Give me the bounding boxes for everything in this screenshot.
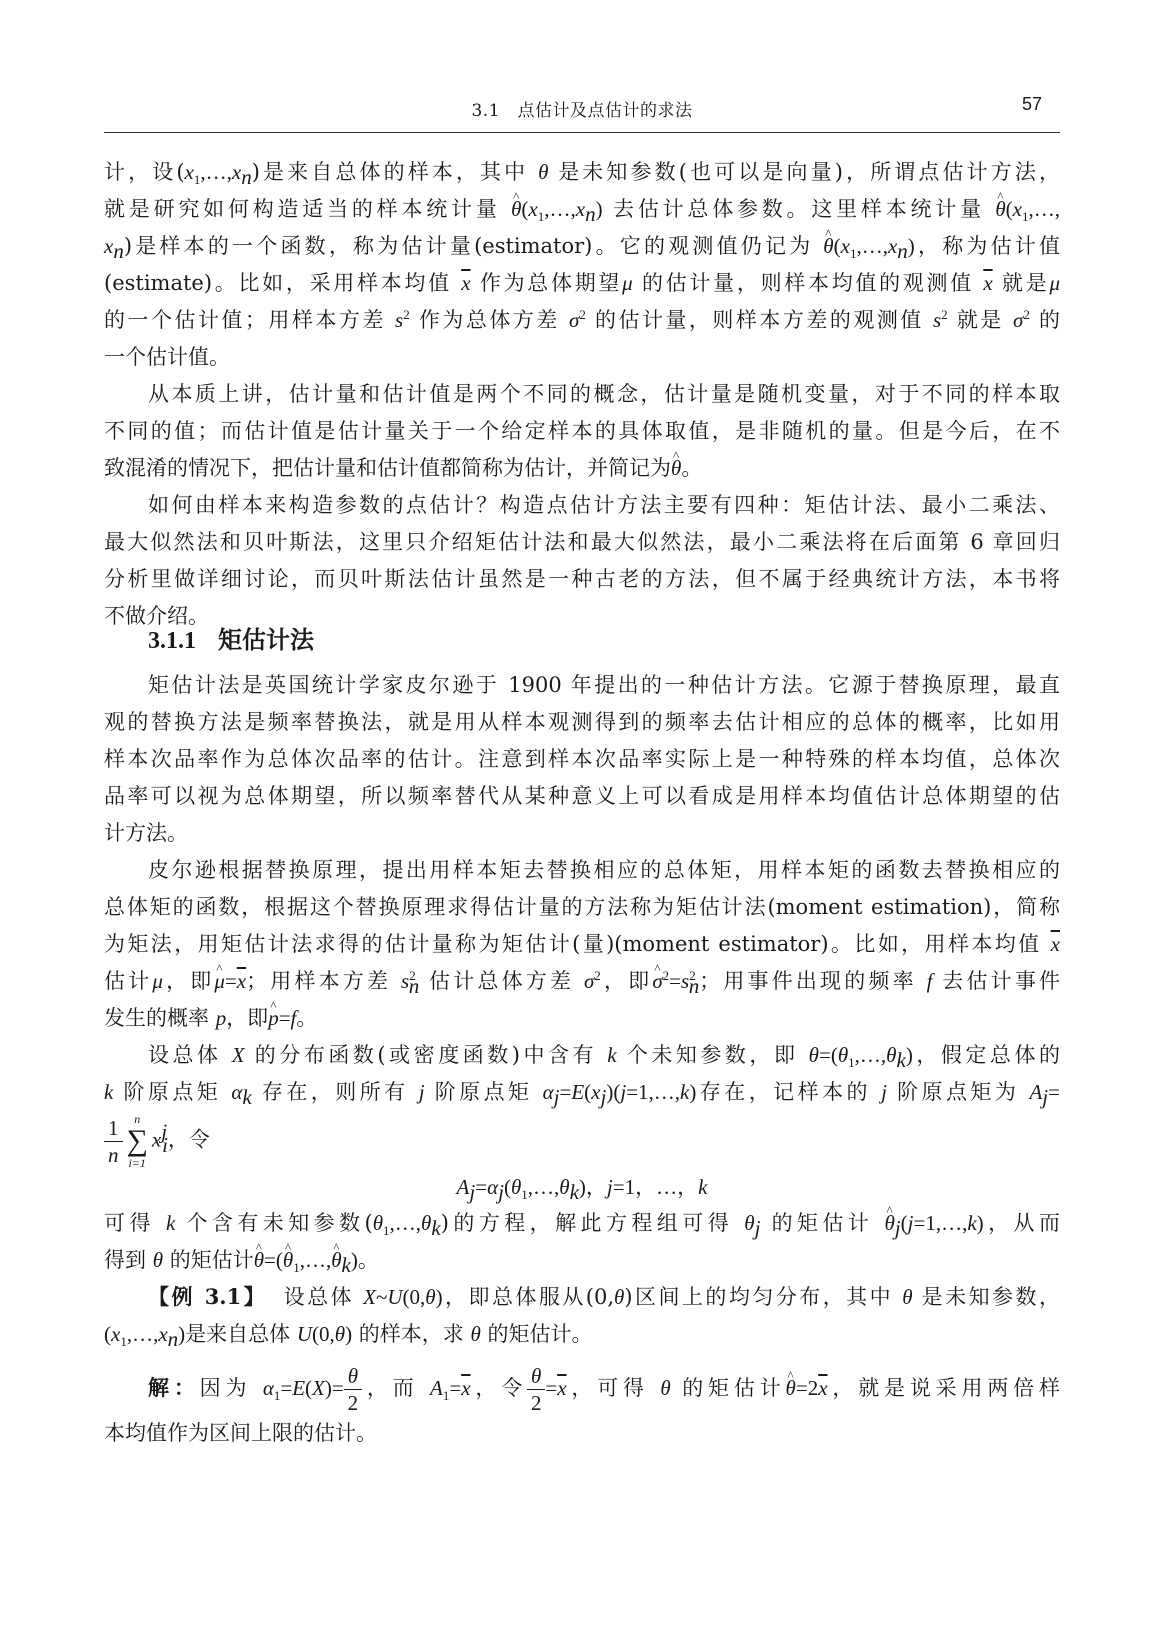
text: )区间上的均匀分布，其中 bbox=[624, 1285, 902, 1309]
text: 是来自总体 bbox=[185, 1322, 297, 1346]
text: 阶原点矩为 bbox=[887, 1080, 1030, 1104]
paragraph-line: 发生的概率 p，即p=f。 bbox=[104, 1003, 1060, 1033]
paragraph-line: xn)是样本的一个函数，称为估计量(estimator)。它的观测值仍记为 θ(… bbox=[104, 231, 1060, 261]
text: 设总体 bbox=[281, 1285, 363, 1309]
paragraph-line: 估计μ，即μ=x；用样本方差 s2n 估计总体方差 σ2，即σ2=s2n；用事件… bbox=[104, 966, 1060, 996]
section-heading: 3.1.1矩估计法 bbox=[148, 620, 314, 655]
text: ，令 bbox=[471, 1376, 528, 1400]
paragraph-line: 从本质上讲，估计量和估计值是两个不同的概念，估计量是随机变量，对于不同的样本取 bbox=[148, 379, 1060, 409]
text: 计，设( bbox=[104, 160, 185, 184]
paragraph-line: 总体矩的函数，根据这个替换原理求得估计量的方法称为矩估计法(moment est… bbox=[104, 892, 1060, 922]
page-number: 57 bbox=[1022, 94, 1042, 115]
text: ，假定总体的 bbox=[913, 1043, 1060, 1067]
text: ，称为估计值 bbox=[915, 234, 1060, 258]
section-number: 3.1.1 bbox=[148, 628, 196, 654]
text: 。 bbox=[681, 456, 702, 480]
text: ，即 bbox=[601, 969, 653, 993]
paragraph-line: 得到 θ 的矩估计θ=(θ1,…,θk)。 bbox=[104, 1245, 1060, 1275]
text: )是样本的一个函数，称为估计量(estimator)。它的观测值仍记为 bbox=[124, 234, 823, 258]
paragraph-line: 就是研究如何构造适当的样本统计量 θ(x1,…,xn) 去估计总体参数。这里样本… bbox=[104, 194, 1060, 224]
text: 的估计量，则样本均值的观测值 bbox=[633, 271, 984, 295]
example-line: 【例 3.1】设总体 X~U(0,θ)，即总体服从(0,θ)区间上的均匀分布，其… bbox=[148, 1282, 1060, 1312]
text: 就是研究如何构造适当的样本统计量 bbox=[104, 197, 511, 221]
text: 的矩估计 bbox=[760, 1211, 884, 1235]
text: 因为 bbox=[200, 1376, 263, 1400]
text: 就是 bbox=[993, 271, 1050, 295]
equation: Aj=αj(θ1,…,θk)，j=1，…，k bbox=[104, 1172, 1060, 1202]
text: (estimate)。比如，采用样本均值 bbox=[104, 271, 461, 295]
text: )是来自总体的样本，其中 bbox=[252, 160, 538, 184]
text: 就是 bbox=[948, 308, 1013, 332]
text: ，令 bbox=[168, 1128, 210, 1152]
text: 为矩法，用矩估计法求得的估计量称为矩估计(量)(moment estimator… bbox=[104, 932, 1051, 956]
text: 去估计总体参数。这里样本统计量 bbox=[603, 197, 996, 221]
text: 是未知参数， bbox=[913, 1285, 1060, 1309]
text: 的矩估计。 bbox=[481, 1322, 593, 1346]
text: 个含有未知参数( bbox=[175, 1211, 372, 1235]
text: ，而 bbox=[362, 1376, 430, 1400]
text: 。 bbox=[296, 1006, 317, 1030]
paragraph-line: 样本次品率作为总体次品率的估计。注意到样本次品率实际上是一种特殊的样本均值，总体… bbox=[104, 744, 1060, 774]
text: 得到 bbox=[104, 1248, 153, 1272]
text: ，可得 bbox=[567, 1376, 661, 1400]
paragraph-line: 计，设(x1,…,xn)是来自总体的样本，其中 θ 是未知参数(也可以是向量)，… bbox=[104, 157, 1060, 187]
text: ，即总体服从(0, bbox=[443, 1285, 614, 1309]
text: 是未知参数(也可以是向量)，所谓点估计方法， bbox=[548, 160, 1060, 184]
text: 的矩估计 bbox=[671, 1376, 786, 1400]
text: ，即 bbox=[226, 1006, 268, 1030]
text: 一个估计值。 bbox=[104, 345, 230, 369]
paragraph-line: 矩估计法是英国统计学家皮尔逊于 1900 年提出的一种估计方法。它源于替换原理，… bbox=[148, 670, 1060, 700]
section-title: 矩估计法 bbox=[218, 625, 314, 654]
text: 的估计量，则样本方差的观测值 bbox=[586, 308, 933, 332]
text: ；用样本方差 bbox=[246, 969, 401, 993]
text: 的样本，求 bbox=[352, 1322, 470, 1346]
text: 致混淆的情况下，把估计量和估计值都简称为估计，并简记为 bbox=[104, 456, 671, 480]
solution-label: 解： bbox=[148, 1375, 200, 1400]
text: 发生的概率 bbox=[104, 1006, 216, 1030]
paragraph-line: k 阶原点矩 αk 存在，则所有 j 阶原点矩 αj=E(xj)(j=1,…,k… bbox=[104, 1077, 1060, 1107]
text: 作为总体期望 bbox=[471, 271, 623, 295]
text: 阶原点矩 bbox=[425, 1080, 543, 1104]
summation: n∑i=1 bbox=[127, 1112, 148, 1170]
paragraph-line: 皮尔逊根据替换原理，提出用样本矩去替换相应的总体矩，用样本矩的函数去替换相应的 bbox=[148, 855, 1060, 885]
paragraph-line: (estimate)。比如，采用样本均值 x 作为总体期望μ 的估计量，则样本均… bbox=[104, 268, 1060, 298]
paragraph-line: 可得 k 个含有未知参数(θ1,…,θk)的方程，解此方程组可得 θj 的矩估计… bbox=[104, 1208, 1060, 1238]
text: 阶原点矩 bbox=[113, 1080, 231, 1104]
text: ，就是说采用两倍样 bbox=[828, 1376, 1060, 1400]
text: 的 bbox=[1030, 308, 1060, 332]
text: 的矩估计 bbox=[163, 1248, 254, 1272]
solution-line: 解：因为 α1=E(X)=θ2，而 A1=x，令θ2=x，可得 θ 的矩估计θ=… bbox=[148, 1362, 1060, 1416]
paragraph-line: 一个估计值。 bbox=[104, 342, 1060, 372]
example-line: (x1,…,xn)是来自总体 U(0,θ) 的样本，求 θ 的矩估计。 bbox=[104, 1319, 1060, 1349]
paragraph-line: 1nn∑i=1xji，令 bbox=[104, 1112, 1060, 1170]
text: ，即 bbox=[163, 969, 215, 993]
text: 估计总体方差 bbox=[419, 969, 584, 993]
paragraph-line: 计方法。 bbox=[104, 818, 1060, 848]
running-head-title: 3.1 点估计及点估计的求法 bbox=[104, 96, 1060, 121]
example-label: 【例 3.1】 bbox=[148, 1284, 267, 1309]
solution-line: 本均值作为区间上限的估计。 bbox=[104, 1418, 1060, 1448]
paragraph-line: 不同的值；而估计值是估计量关于一个给定样本的具体取值，是非随机的量。但是今后，在… bbox=[104, 416, 1060, 446]
paragraph-line: 为矩法，用矩估计法求得的估计量称为矩估计(量)(moment estimator… bbox=[104, 929, 1060, 959]
text: 估计 bbox=[104, 969, 152, 993]
text: 作为总体方差 bbox=[410, 308, 569, 332]
paragraph-line: 如何由样本来构造参数的点估计？构造点估计方法主要有四种：矩估计法、最小二乘法、 bbox=[148, 490, 1060, 520]
text: 。 bbox=[358, 1248, 379, 1272]
fraction-theta-over-2: θ2 bbox=[344, 1363, 362, 1416]
paragraph-line: 品率可以视为总体期望，所以频率替代从某种意义上可以看成是用样本均值估计总体期望的… bbox=[104, 781, 1060, 811]
text: ；用事件出现的频率 bbox=[699, 969, 926, 993]
text: 存在，记样本的 bbox=[696, 1080, 881, 1104]
text: ，从而 bbox=[984, 1211, 1060, 1235]
paragraph-line: 设总体 X 的分布函数(或密度函数)中含有 k 个未知参数，即 θ=(θ1,…,… bbox=[148, 1040, 1060, 1070]
text: 设总体 bbox=[148, 1043, 232, 1067]
paragraph-line: 最大似然法和贝叶斯法，这里只介绍矩估计法和最大似然法，最小二乘法将在后面第 6 … bbox=[104, 527, 1060, 557]
text: )的方程，解此方程组可得 bbox=[441, 1211, 745, 1235]
book-page: 3.1 点估计及点估计的求法 57 计，设(x1,…,xn)是来自总体的样本，其… bbox=[0, 0, 1165, 1638]
text: 个未知参数，即 bbox=[617, 1043, 809, 1067]
paragraph-line: 观的替换方法是频率替换法，就是用从样本观测得到的频率去估计相应的总体的概率，比如… bbox=[104, 707, 1060, 737]
paragraph-line: 的一个估计值；用样本方差 s2 作为总体方差 σ2 的估计量，则样本方差的观测值… bbox=[104, 305, 1060, 335]
text: 的分布函数(或密度函数)中含有 bbox=[245, 1043, 608, 1067]
fraction-1-over-n: 1n bbox=[104, 1115, 123, 1168]
text: 去估计事件 bbox=[932, 969, 1060, 993]
text: 的一个估计值；用样本方差 bbox=[104, 308, 395, 332]
text: 可得 bbox=[104, 1211, 166, 1235]
text: 存在，则所有 bbox=[252, 1080, 419, 1104]
running-head: 3.1 点估计及点估计的求法 57 bbox=[104, 92, 1060, 122]
paragraph-line: 致混淆的情况下，把估计量和估计值都简称为估计，并简记为θ。 bbox=[104, 453, 1060, 483]
header-rule bbox=[104, 132, 1060, 133]
math-theta: θ bbox=[538, 160, 548, 184]
paragraph-line: 分析里做详细讨论，而贝叶斯法估计虽然是一种古老的方法，但不属于经典统计方法，本书… bbox=[104, 564, 1060, 594]
fraction-theta-over-2: θ2 bbox=[527, 1363, 545, 1416]
